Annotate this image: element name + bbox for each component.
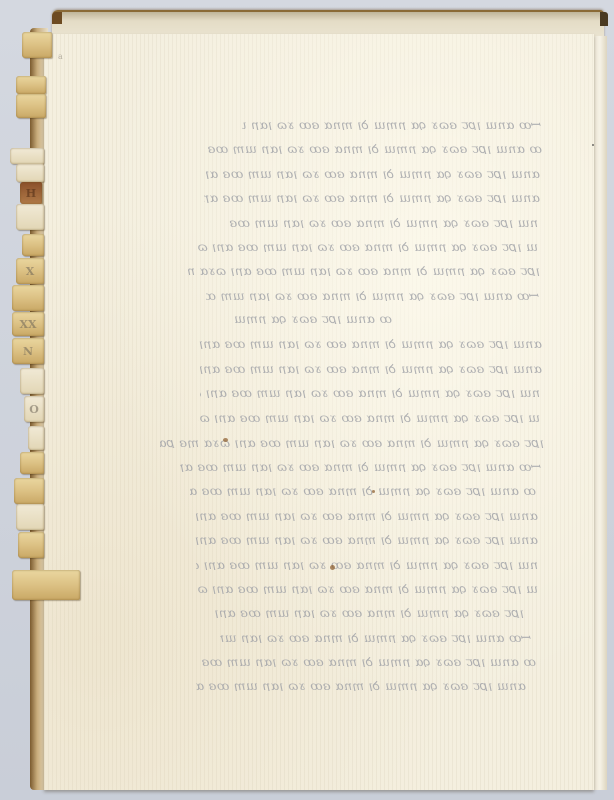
- handwriting-line: ꝏ ɑnɯ ꞁꝑꞇ ɞɷɤ ꝯɑ ɲɱɯ ꝺꞁ ɱnɑ ɞꝏ ɤɷ ꞁɑɲ ɯɱ…: [206, 140, 542, 154]
- ink-spot: [372, 490, 375, 493]
- index-tab: H: [20, 182, 42, 204]
- index-tab: [22, 234, 44, 256]
- handwriting-line: ɑnɯ ꞁꝑꞇ ɞɷɤ ꝯɑ ɲɱɯ ꝺꞁ ɱnɑ ɞꝏ ɤɷ ꞁɑɲ ɯɱ ꝏ…: [206, 165, 540, 179]
- handwriting-line: nɯ ꞁꝑꞇ ɞɷɤ ꝯɑ ɲɱɯ ꝺꞁ ɱnɑ ɞꝏ ɤɷ ꞁɑɲ ɯɱ ꝏɞ…: [226, 214, 538, 228]
- index-tab: N: [12, 338, 44, 364]
- handwriting-line: ɑnɯ ꞁꝑꞇ ɞɷɤ ꝯɑ ɲɱɯ ꝺꞁ ɱnɑ ɞꝏ ɤɷ ꞁɑɲ ɯɱ ꝏ…: [200, 360, 542, 374]
- index-tab: X: [16, 258, 44, 284]
- index-tab: O: [24, 396, 44, 422]
- right-page-edges: [592, 36, 607, 790]
- tab-letter: H: [26, 187, 36, 200]
- index-tab: [12, 285, 44, 311]
- ink-spot: [223, 438, 228, 442]
- handwriting-line: ꞁꝑꞇ ɞɷɤ ꝯɑ ɲɱɯ ꝺꞁ ɱnɑ ɞꝏ ɤɷ ꞁɑɲ ɯɱ ꝏɞ ɑɲ…: [188, 262, 540, 276]
- handwriting-line: nɯ ꞁꝑꞇ ɞɷɤ ꝯɑ ɲɱɯ ꝺꞁ ɱnɑ ɞꝏ ɤɷ ꞁɑɲ ɯɱ ꝏɞ…: [200, 384, 540, 398]
- handwriting-line: ɑnɯ ꞁꝑꞇ ɞɷɤ ꝯɑ ɲɱɯ ꝺꞁ ɱnɑ ɞꝏ ɤɷ ꞁɑɲ ɯɱ ꝏ…: [196, 335, 542, 349]
- manuscript-page: a ꟷꝏ ɑnɯ ꞁꝑꞇ ɞɷɤ ꝯɑ ɲɱɯ ꝺꞁ ɱnɑ ɞꝏ ɤɷ ꞁɑɲ…: [44, 34, 594, 790]
- handwriting-line: ꟷꝏ ɑnɯ ꞁꝑꞇ ɞɷɤ ꝯɑ ɲɱɯ ꝺꞁ ɱnɑ ɞꝏ ɤɷ ꞁɑɲ ɯ…: [206, 287, 540, 301]
- tab-letter: O: [29, 403, 39, 416]
- handwriting-line: ɑnɯ ꞁꝑꞇ ɞɷɤ ꝯɑ ɲɱɯ ꝺꞁ ɱnɑ ɞꝏ ɤɷ ꞁɑɲ ɯɱ ꝏ…: [194, 531, 538, 545]
- handwriting-line: ɯ ꞁꝑꞇ ɞɷɤ ꝯɑ ɲɱɯ ꝺꞁ ɱnɑ ɞꝏ ɤɷ ꞁɑɲ ɯɱ ꝏɞ …: [198, 409, 540, 423]
- handwriting-line: ꝏ ɑnɯ ꞁꝑꞇ ɞɷɤ ꝯɑ ɲɱɯ ꝺꞁ ɱnɑ ɞꝏ ɤɷ ꞁɑɲ ɯɱ…: [200, 653, 536, 667]
- index-tab: [16, 164, 44, 182]
- handwriting-line: ɑnɯ ꞁꝑꞇ ɞɷɤ ꝯɑ ɲɱɯ ꝺꞁ ɱnɑ ɞꝏ ɤɷ ꞁɑɲ ɯɱ ꝏ…: [196, 677, 526, 691]
- handwriting-line: ꟷꝏ ɑnɯ ꞁꝑꞇ ɞɷɤ ꝯɑ ɲɱɯ ꝺꞁ ɱnɑ ɞꝏ ɤɷ ꞁɑɲ ɯ…: [242, 116, 542, 130]
- handwriting-line: ɯ ꞁꝑꞇ ɞɷɤ ꝯɑ ɲɱɯ ꝺꞁ ɱnɑ ɞꝏ ɤɷ ꞁɑɲ ɯɱ ꝏɞ …: [196, 238, 538, 252]
- index-tab: [16, 76, 46, 94]
- tab-letter: XX: [19, 318, 36, 331]
- handwriting-line: ɯ ꞁꝑꞇ ɞɷɤ ꝯɑ ɲɱɯ ꝺꞁ ɱnɑ ɞꝏ ɤɷ ꞁɑɲ ɯɱ ꝏɞ …: [198, 580, 538, 594]
- handwriting-line: ꟷꝏ ɑnɯ ꞁꝑꞇ ɞɷɤ ꝯɑ ɲɱɯ ꝺꞁ ɱnɑ ɞꝏ ɤɷ ꞁɑɲ ɯ…: [220, 629, 532, 643]
- index-tab: [22, 32, 52, 58]
- index-tab: [20, 368, 44, 394]
- index-tab: [16, 94, 46, 118]
- bleed-through-handwriting: ꟷꝏ ɑnɯ ꞁꝑꞇ ɞɷɤ ꝯɑ ɲɱɯ ꝺꞁ ɱnɑ ɞꝏ ɤɷ ꞁɑɲ ɯ…: [44, 34, 594, 790]
- index-tab: [16, 504, 44, 530]
- index-tab: [16, 204, 44, 230]
- handwriting-line: nɯ ꞁꝑꞇ ɞɷɤ ꝯɑ ɲɱɯ ꝺꞁ ɱnɑ ɞꝏ ɤɷ ꞁɑɲ ɯɱ ꝏɞ…: [196, 556, 538, 570]
- handwriting-line: ꝏ ɑnɯ ꞁꝑꞇ ɞɷɤ ꝯɑ ɲɱɯ ꝺꞁ ɱnɑ ɞꝏ ɤɷ ꞁɑɲ ɯɱ…: [190, 482, 536, 496]
- index-tab: [20, 452, 44, 474]
- index-tab: [28, 426, 44, 450]
- index-tab: [14, 478, 44, 504]
- index-tab: [10, 148, 44, 164]
- handwriting-line: ɑnɯ ꞁꝑꞇ ɞɷɤ ꝯɑ ɲɱɯ ꝺꞁ ɱnɑ ɞꝏ ɤɷ ꞁɑɲ ɯɱ ꝏ…: [196, 507, 538, 521]
- index-tab: [12, 570, 80, 600]
- index-tab: [18, 532, 44, 558]
- ink-spot: [592, 144, 594, 146]
- ink-spot: [330, 565, 335, 570]
- handwriting-line: ꝏ ɑnɯ ꞁꝑꞇ ɞɷɤ ꝯɑ ɲɱɯ ꝺꞁ ɱnɑ ɞꝏ ɤɷ ꞁɑɲ ɯɱ…: [232, 310, 392, 324]
- handwriting-line: ꞁꝑꞇ ɞɷɤ ꝯɑ ɲɱɯ ꝺꞁ ɱnɑ ɞꝏ ɤɷ ꞁɑɲ ɯɱ ꝏɞ ɑɲ…: [160, 434, 544, 448]
- handwriting-line: ꞁꝑꞇ ɞɷɤ ꝯɑ ɲɱɯ ꝺꞁ ɱnɑ ɞꝏ ɤɷ ꞁɑɲ ɯɱ ꝏɞ ɑɲ…: [214, 604, 524, 618]
- index-tab: XX: [12, 312, 44, 336]
- tab-letter: N: [23, 345, 33, 358]
- handwriting-line: ɑnɯ ꞁꝑꞇ ɞɷɤ ꝯɑ ɲɱɯ ꝺꞁ ɱnɑ ɞꝏ ɤɷ ꞁɑɲ ɯɱ ꝏ…: [204, 189, 540, 203]
- handwriting-line: ꟷꝏ ɑnɯ ꞁꝑꞇ ɞɷɤ ꝯɑ ɲɱɯ ꝺꞁ ɱnɑ ɞꝏ ɤɷ ꞁɑɲ ɯ…: [180, 458, 542, 472]
- tab-letter: X: [26, 265, 35, 278]
